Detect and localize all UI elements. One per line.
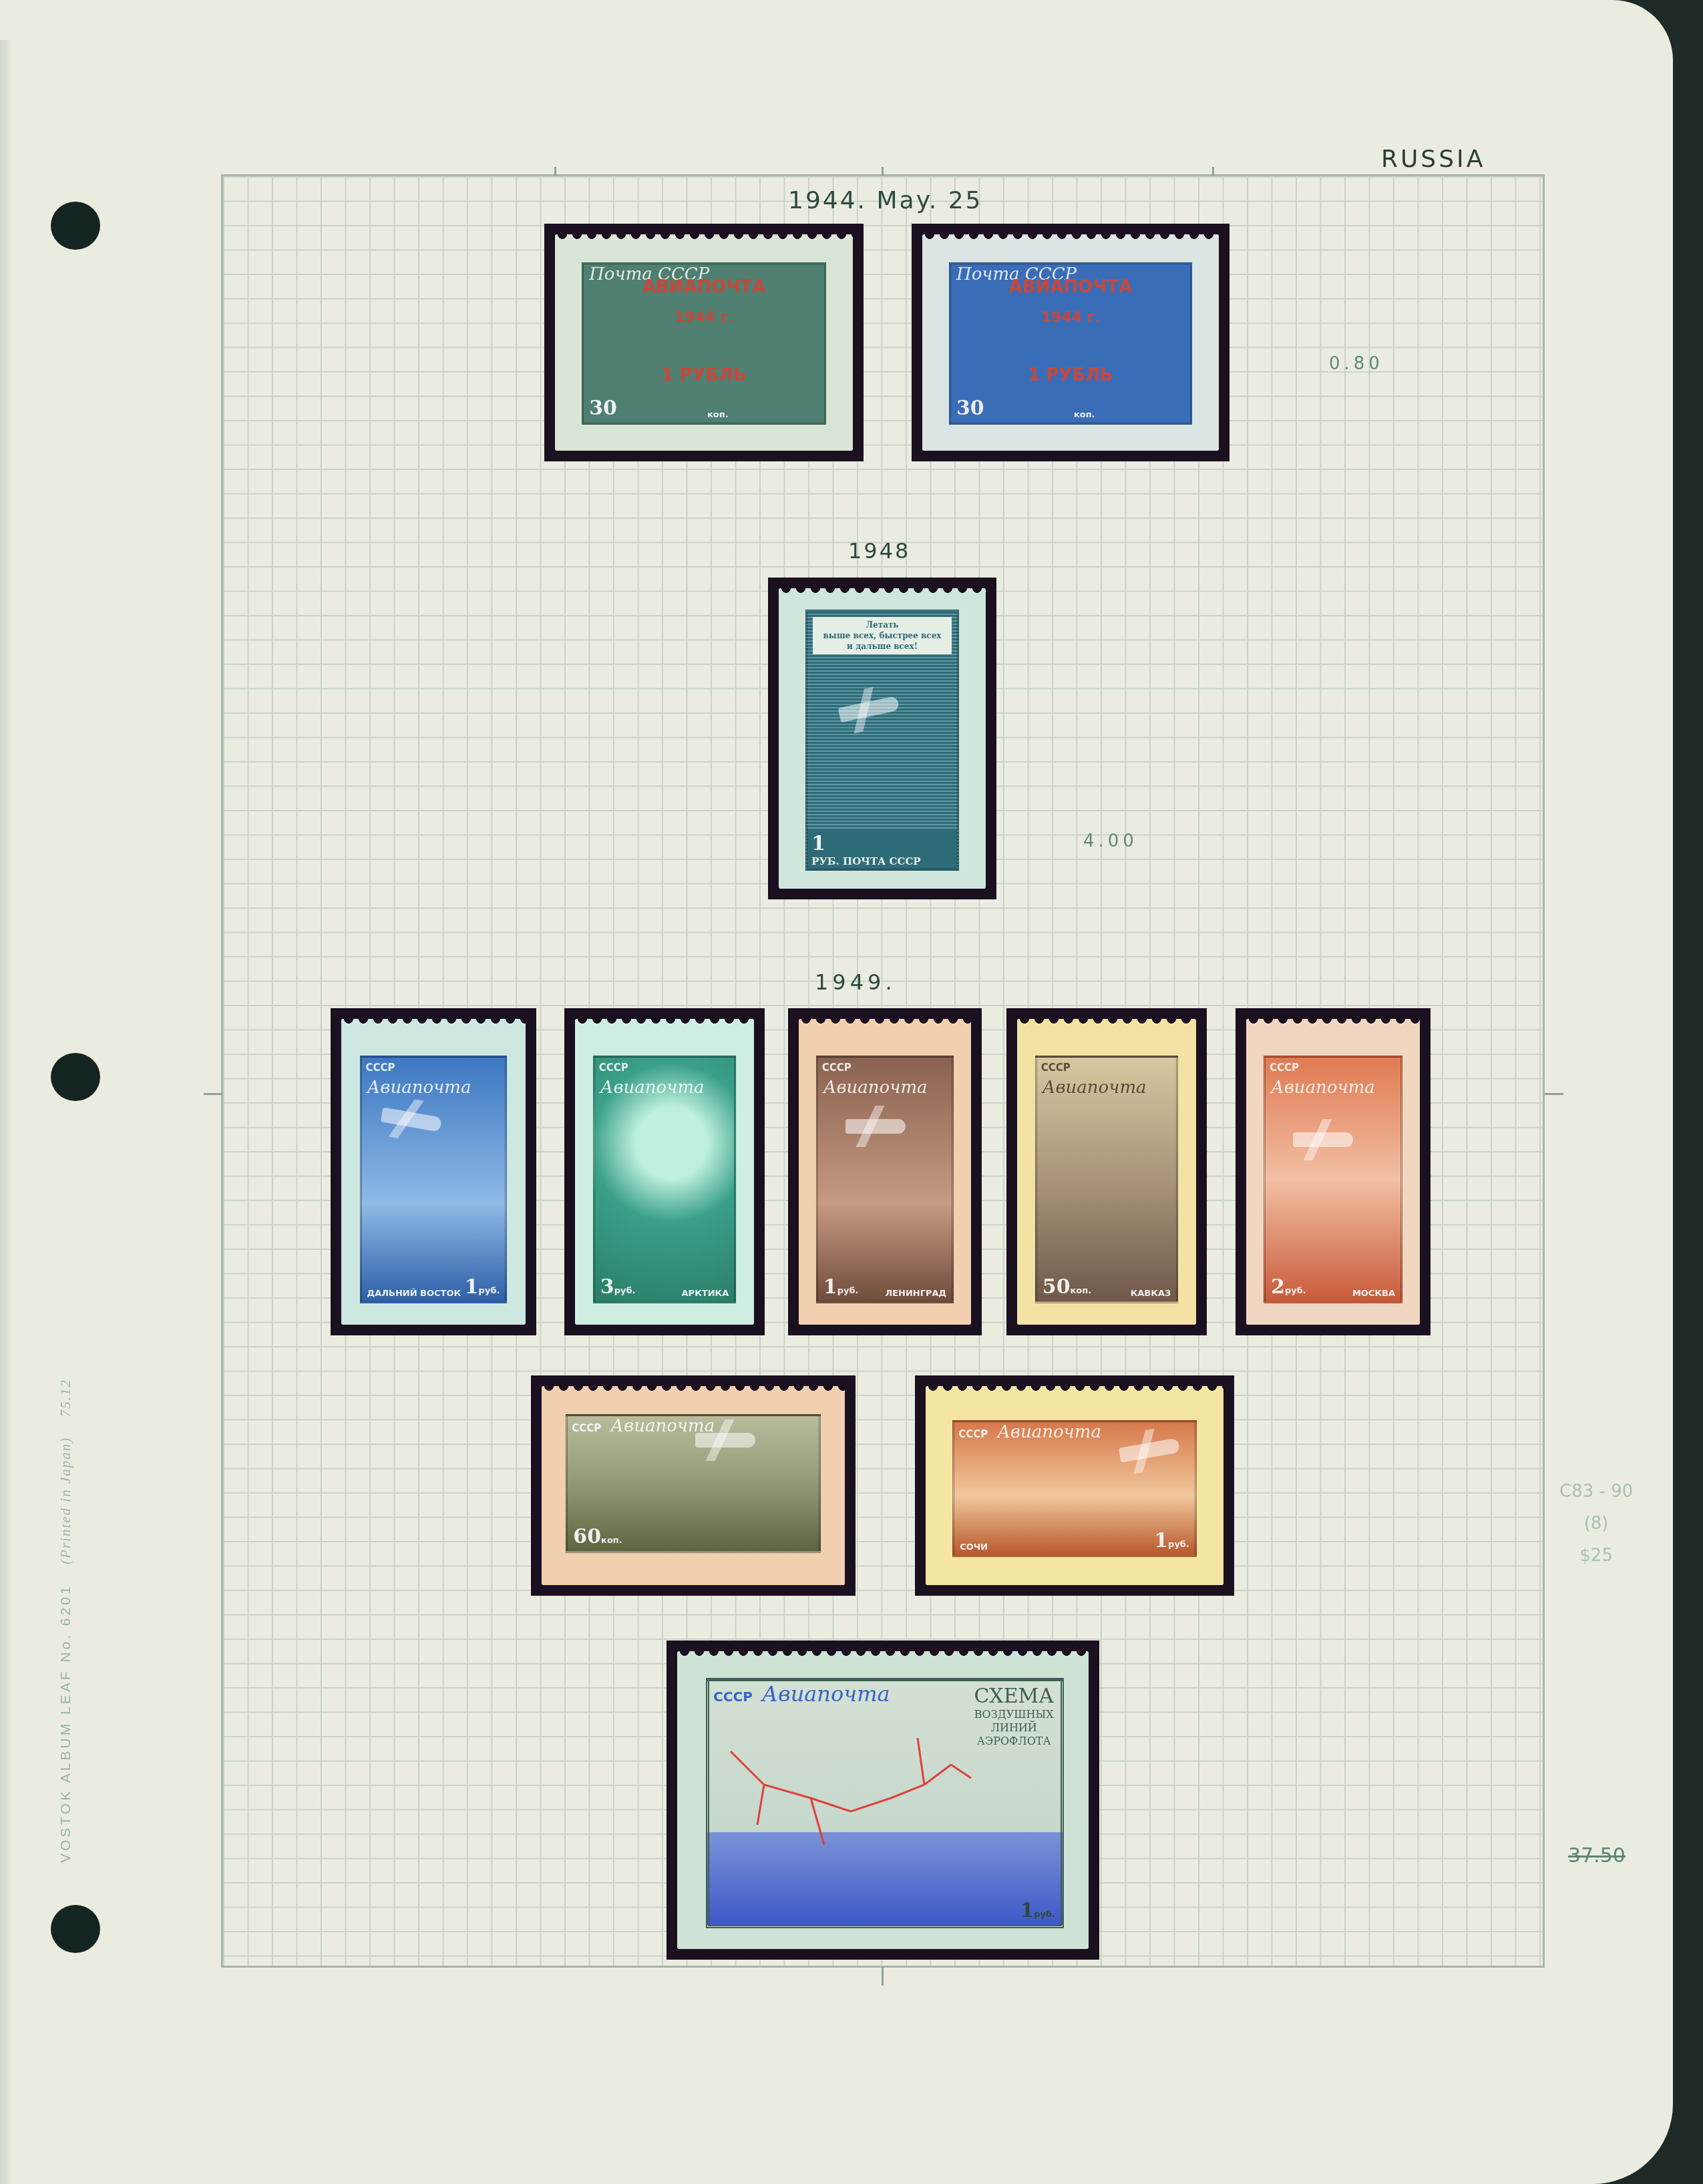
country-heading: RUSSIA [1381,146,1485,173]
airline-route-map [717,1711,998,1858]
stamp-header-text: СССР [362,1058,506,1078]
price-note-map-stamp: 37.50 [1568,1844,1626,1868]
stamp-face-value: 30 [589,397,617,420]
stamp-script-title: Авиапочта [757,1681,896,1707]
imprint-code: 75.12 [57,1379,73,1417]
stamp-script-title: Авиапочта [595,1078,734,1098]
stamp-1949-sochi[interactable]: СССРАвиапочта СОЧИ1руб. [926,1386,1223,1585]
stamp-header-text: СССР [568,1418,605,1438]
stamp-1949-far-east[interactable]: СССРАвиапочта ДАЛЬНИЙ ВОСТОК1руб. [341,1019,526,1325]
grid-tick [882,167,884,176]
stamp-script-title: Авиапочта [818,1078,952,1098]
section-heading-1944: 1944. May. 25 [788,187,983,214]
stamp-1949-caucasus[interactable]: СССРАвиапочта 50коп.КАВКАЗ [1017,1019,1196,1325]
stamp-caption: КАВКАЗ [1131,1289,1171,1299]
catalog-note-1949: C83 - 90 (8) $25 [1559,1476,1633,1572]
airplane-illustration [695,1433,755,1448]
stamp-face-value: 50 [1043,1275,1071,1299]
stamp-face-value: 1 [811,832,952,855]
price-note-1944: 0.80 [1329,354,1384,374]
stamp-script-title: Авиапочта [1266,1078,1400,1098]
stamp-mount: СССРАвиапочта 3руб.АРКТИКА [564,1008,765,1335]
stamp-unit: коп. [1074,410,1095,420]
stamp-face-value: 1 [823,1275,837,1299]
stamp-mount: Почта СССР 30коп. АВИАПОЧТА 1944 г. 1 РУ… [912,224,1229,461]
stamp-caption: ЛЕНИНГРАД [885,1289,946,1299]
stamp-unit: коп. [707,410,729,420]
grid-tick [1545,1093,1563,1095]
stamp-face-value: 1 [1154,1529,1168,1552]
slogan-banner: Летать выше всех, быстрее всех и дальше … [813,617,951,654]
stamp-mount: СССРАвиапочта СХЕМА ВОЗДУШНЫХ ЛИНИЙ АЭРО… [667,1641,1099,1960]
leaf-edge-shadow [0,40,13,2184]
stamp-header-text: СССР [818,1058,952,1078]
stamp-1944-blue[interactable]: Почта СССР 30коп. АВИАПОЧТА 1944 г. 1 РУ… [922,234,1219,451]
stamp-mount: СССРАвиапочта 50коп.КАВКАЗ [1006,1008,1207,1335]
stamp-1949-moscow[interactable]: СССРАвиапочта 2руб.МОСКВА [1246,1019,1420,1325]
stamp-1949-arctic[interactable]: СССРАвиапочта 3руб.АРКТИКА [575,1019,754,1325]
stamp-header-text: СССР [595,1058,734,1078]
stamp-header-text: СССР [709,1685,757,1709]
stamp-caption: СОЧИ [960,1542,988,1552]
stamp-unit: руб. [1034,1910,1055,1920]
stamp-unit: руб. [1285,1286,1306,1296]
overprint-value: 1 РУБЛЬ [555,365,853,385]
stamp-face-value: 3 [600,1275,614,1299]
stamp-mount: СССРАвиапочта 1руб.ЛЕНИНГРАД [788,1008,982,1335]
stamp-mount: Летать выше всех, быстрее всех и дальше … [768,578,996,899]
catalog-range: C83 - 90 [1559,1476,1633,1508]
stamp-mount: СССРАвиапочта 2руб.МОСКВА [1236,1008,1431,1335]
stamp-script-title: Авиапочта [362,1078,506,1098]
binder-hole-bottom [51,1905,100,1953]
album-leaf-imprint: VOSTOK ALBUM LEAF No. 6201 (Printed in J… [57,1379,74,1863]
grid-tick [554,167,556,176]
stamp-1948-airplane[interactable]: Летать выше всех, быстрее всех и дальше … [779,588,986,889]
overprint-year: 1944 г. [922,309,1219,326]
grid-tick [1212,167,1214,176]
stamp-face-value: 30 [956,397,984,420]
stamp-1944-green[interactable]: Почта СССР 30коп. АВИАПОЧТА 1944 г. 1 РУ… [555,234,853,451]
binder-hole-middle [51,1053,100,1101]
catalog-value: $25 [1559,1540,1633,1572]
stamp-caption: МОСКВА [1352,1289,1395,1299]
stamp-unit: коп. [601,1536,622,1546]
banner-line: Летать [815,620,948,630]
stamp-unit: руб. [1168,1540,1189,1550]
banner-line: выше всех, быстрее всех [815,630,948,641]
stamp-script-title: Авиапочта [992,1422,1107,1442]
overprint-airmail: АВИАПОЧТА [922,277,1219,297]
airplane-illustration [1293,1132,1353,1147]
catalog-count: (8) [1559,1508,1633,1540]
binder-hole-top [51,202,100,250]
stamp-header-text: СССР [1266,1058,1400,1078]
stamp-caption: РУБ. ПОЧТА СССР [811,855,952,867]
stamp-unit: коп. [1071,1286,1092,1296]
airplane-illustration [845,1119,906,1134]
stamp-unit: руб. [837,1286,859,1296]
map-title-line: СХЕМА [974,1685,1054,1708]
stamp-mount: СССРАвиапочта СОЧИ1руб. [915,1375,1234,1596]
stamp-face-value: 1 [1020,1899,1034,1922]
stamp-face-value: 2 [1271,1275,1285,1299]
grid-tick [204,1093,222,1095]
grid-tick [882,1967,884,1986]
price-note-1948: 4.00 [1083,831,1138,851]
stamp-caption: АРКТИКА [682,1289,729,1299]
stamp-unit: руб. [614,1286,636,1296]
stamp-face-value: 1 [465,1275,479,1299]
overprint-year: 1944 г. [555,309,853,326]
imprint-main: VOSTOK ALBUM LEAF No. 6201 [58,1584,73,1863]
stamp-face-value: 60 [573,1525,601,1548]
imprint-printed: (Printed in Japan) [57,1437,73,1564]
overprint-value: 1 РУБЛЬ [922,365,1219,385]
stamp-header-text: СССР [1037,1058,1176,1078]
overprint-airmail: АВИАПОЧТА [555,277,853,297]
stamp-mount: СССРАвиапочта 60коп. [531,1375,856,1596]
stamp-1949-leningrad[interactable]: СССРАвиапочта 1руб.ЛЕНИНГРАД [799,1019,971,1325]
stamp-mount: Почта СССР 30коп. АВИАПОЧТА 1944 г. 1 РУ… [544,224,864,461]
stamp-1949-harvest[interactable]: СССРАвиапочта 60коп. [542,1386,845,1585]
stamp-header-text: СССР [954,1424,992,1444]
banner-line: и дальше всех! [815,641,948,652]
section-heading-1949: 1949. [815,969,896,995]
stamp-caption: ДАЛЬНИЙ ВОСТОК [367,1289,461,1299]
stamp-unit: руб. [479,1286,500,1296]
section-heading-1948: 1948 [848,538,910,564]
stamp-script-title: Авиапочта [1037,1078,1176,1098]
stamp-1949-map[interactable]: СССРАвиапочта СХЕМА ВОЗДУШНЫХ ЛИНИЙ АЭРО… [677,1651,1089,1949]
stamp-mount: СССРАвиапочта ДАЛЬНИЙ ВОСТОК1руб. [331,1008,536,1335]
